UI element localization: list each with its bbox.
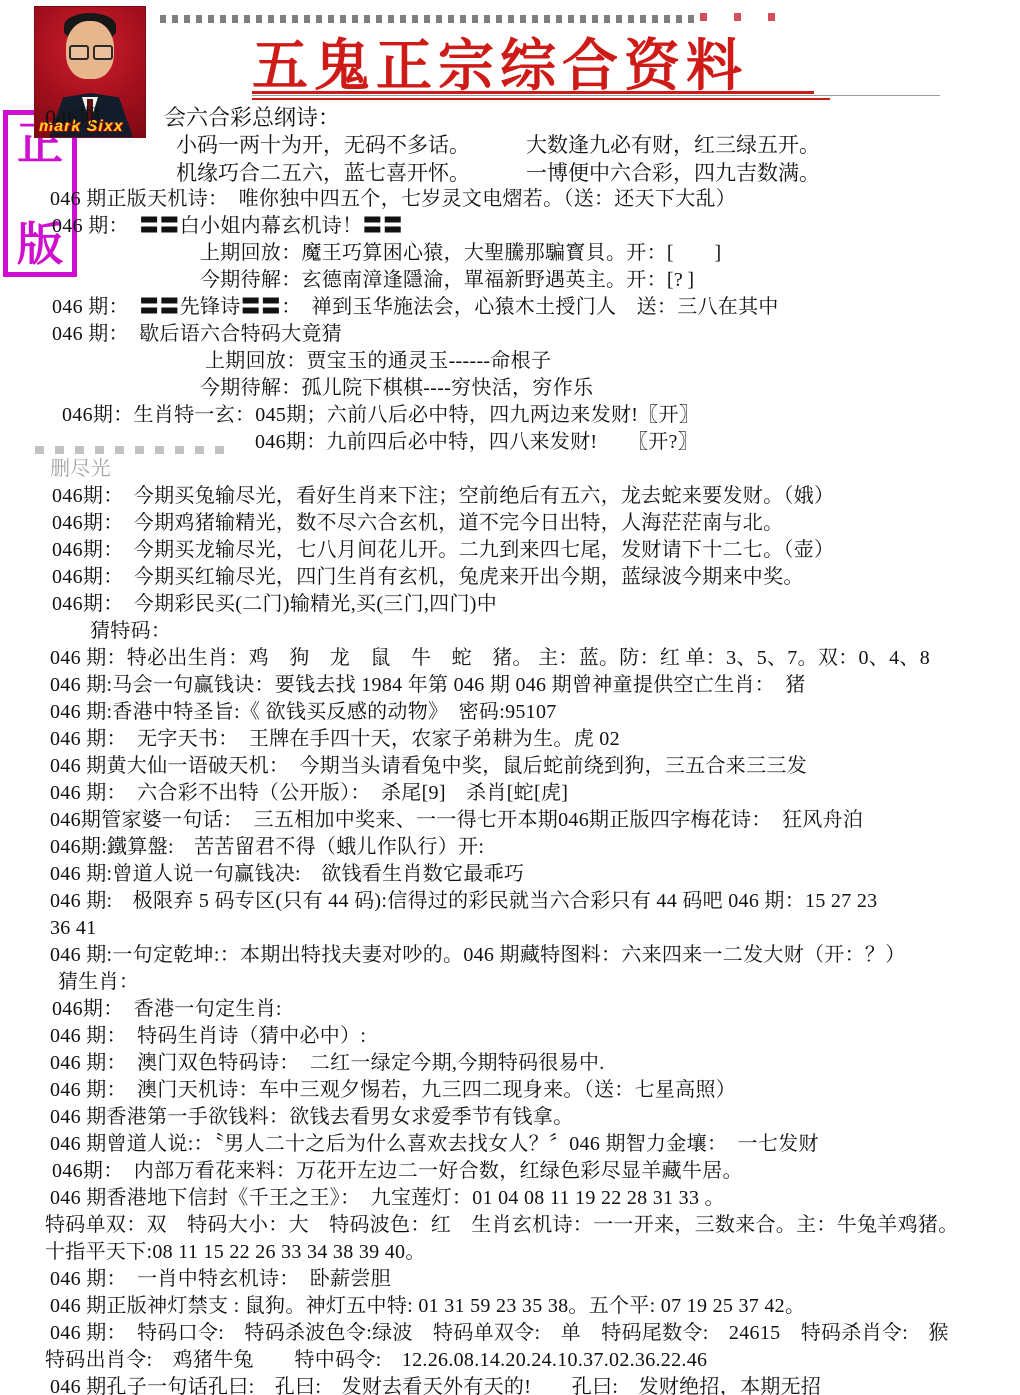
faded-artifact-text: 删尽光 [50,456,1020,483]
text-line: 046 期： 一肖中特玄机诗： 卧薪尝胆 [50,1266,1020,1293]
glasses-right-lens [93,45,113,60]
poem-2a: 机缘巧合二五六，蓝七喜开怀。 [176,161,470,185]
text-line: 046 期曾道人说:：〝男人二十之后为什么喜欢去找女人？〞046 期智力金壤： … [50,1131,1020,1158]
text-line: 今期待解：玄德南漳逢隱淪，單福新野遇英主。开：[? ] [200,267,1020,294]
text-line: 046 期:马会一句赢钱诀：要钱去找 1984 年第 046 期 046 期曾神… [50,672,1020,699]
text-line: 046 期： 无字天书： 王牌在手四十天，农家子弟耕为生。虎 02 [50,726,1020,753]
text-line: 046 期:香港中特圣旨:《 欲钱买反感的动物》 密码:95107 [50,699,1020,726]
poem-2b: 一博便中六合彩，四九吉数满。 [526,161,820,185]
text-line: 046期:鐵算盤: 苦苦留君不得（蛾儿作队行）开: [50,834,1020,861]
poem-line-1: 小码一两十为开，无码不多话。大数逢九必有财，红三绿五开。 [176,129,820,159]
text-line: 046 期:一句定乾坤:：本期出特找夫妻对吵的。046 期藏特图料：六来四来一二… [50,942,1020,969]
text-line: 特码出肖令: 鸡猪牛兔 特中码令: 12.26.08.14.20.24.10.3… [45,1347,1020,1374]
text-line: 046 期： 六合彩不出特（公开版）： 杀尾[9] 杀肖[蛇[虎] [50,780,1020,807]
text-line: 046 期正版天机诗： 唯你独中四五个，七岁灵文电熠若。（送：还天下大乱） [50,186,1020,213]
text-line: 046 期： 〓〓白小姐内幕玄机诗！〓〓 [52,213,1020,240]
text-line: 十指平天下:08 11 15 22 26 33 34 38 39 40。 [45,1239,1020,1266]
text-line: 046期：生肖特一玄：045期；六前八后必中特，四九两边来发财!〖开〗 [62,402,1020,429]
text-line: 046期： 香港一句定生肖: [52,996,1020,1023]
text-line: 上期回放：贾宝玉的通灵玉------命根子 [205,348,1020,375]
body-lines: 046 期正版天机诗： 唯你独中四五个，七岁灵文电熠若。（送：还天下大乱）046… [0,186,1020,1395]
text-line: 046 期孔子一句话孔曰: 孔曰: 发财去看天外有天的! 孔曰: 发财绝招，本期… [50,1374,1020,1395]
text-line: 046期管家婆一句话： 三五相加中奖来、一一得七开本期046期正版四字梅花诗： … [50,807,1020,834]
text-line: 046 期：特必出生肖：鸡 狗 龙 鼠 牛 蛇 猪。 主：蓝。防：红 单：3、5… [50,645,1020,672]
text-line: 046 期： 〓〓先锋诗〓〓： 禅到玉华施法会，心猿木土授门人 送：三八在其中 [52,294,1020,321]
text-line: 046 期黄大仙一语破天机： 今期当头请看兔中奖，鼠后蛇前绕到狗，三五合来三三发 [50,753,1020,780]
poem-line-2: 机缘巧合二五六，蓝七喜开怀。一博便中六合彩，四九吉数满。 [176,157,820,187]
glasses-left-lens [69,45,89,60]
text-line: 046 期： 澳门天机诗：车中三观夕惕若，九三四二现身来。（送：七星高照） [50,1077,1020,1104]
text-line: 046期： 今期买红输尽光，四门生肖有玄机，兔虎来开出今期，蓝绿波今期来中奖。 [52,564,1020,591]
text-line: 046期：九前四后必中特，四八来发财! 〖开?〗 [255,429,1020,456]
page-title: 五鬼正宗综合资料 [252,22,748,102]
text-line: 36 41 [50,915,1020,942]
text-line: 上期回放：魔王巧算困心猿，大聖騰那騙寳貝。开：[ ] [200,240,1020,267]
text-line: 046 期:曾道人说一句赢钱决: 欲钱看生肖数它最乖巧 [50,861,1020,888]
text-line: 猜生肖： [58,969,1020,996]
text-line: 046期： 今期鸡猪输精光，数不尽六合玄机，道不完今日出特，人海茫茫南与北。 [52,510,1020,537]
text-line: 046 期正版神灯禁支 : 鼠狗。神灯五中特: 01 31 59 23 35 3… [50,1293,1020,1320]
text-line: 046期： 今期买兔输尽光，看好生肖来下注；空前绝后有五六，龙去蛇来要发财。（娥… [52,483,1020,510]
text-line: 猜特码： [90,618,1020,645]
text-line: 046 期： 特码口令: 特码杀波色令:绿波 特码单双令: 单 特码尾数令: 2… [50,1320,1020,1347]
text-line: 特码单双：双 特码大小：大 特码波色：红 生肖玄机诗：一一开来，三数来合。主：牛… [45,1212,1020,1239]
text-line: 046期： 今期买龙输尽光，七八月间花儿开。二九到来四七尾，发财请下十二七。（壶… [52,537,1020,564]
page: { "header": { "title": "五鬼正宗综合资料", "badg… [0,0,1020,1395]
poem-1b: 大数逢九必有财，红三绿五开。 [526,133,820,157]
text-line: 046 期香港地下信封《千王之王》： 九宝莲灯：01 04 08 11 19 2… [50,1185,1020,1212]
text-line: 046 期香港第一手欲钱料：欲钱去看男女求爱季节有钱拿。 [50,1104,1020,1131]
intro-prefix: 046期 [45,101,100,132]
text-line: 今期待解：孤儿院下棋棋----穷快活，穷作乐 [200,375,1020,402]
poem-1a: 小码一两十为开，无码不多话。 [176,133,470,157]
clipped-top-text-red-artifact [700,13,790,21]
text-line: 046 期： 歇后语六合特码大竟猜 [52,321,1020,348]
text-line: 046期： 内部万看花来料：万花开左边二一好合数，红绿色彩尽显羊藏牛居。 [52,1158,1020,1185]
text-line: 046期： 今期彩民买(二门)输精光,买(三门,四门)中 [52,591,1020,618]
intro-suffix: 会六合彩总纲诗： [164,101,340,132]
text-line: 046 期： 特码生肖诗（猜中必中）: [50,1023,1020,1050]
text-line: 046 期： 澳门双色特码诗： 二红一绿定今期,今期特码很易中. [50,1050,1020,1077]
text-line: 046 期: 极限弃 5 码专区(只有 44 码):信得过的彩民就当六合彩只有 … [50,888,1020,915]
